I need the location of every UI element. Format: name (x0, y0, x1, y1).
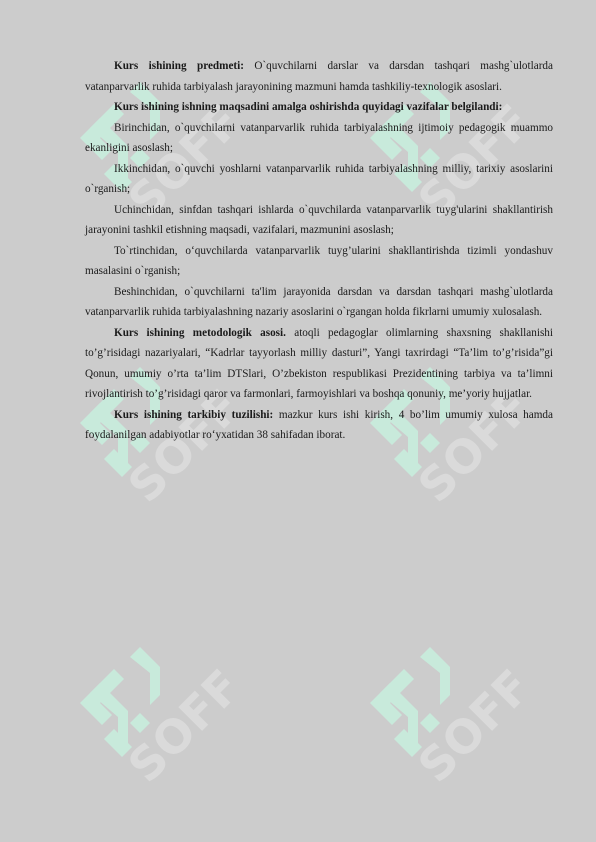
paragraph-heading: Kurs ishining tarkibiy tuzilishi: (114, 409, 273, 421)
document-body: Kurs ishining predmeti: O`quvchilarni da… (85, 56, 553, 446)
paragraph-structure: Kurs ishining tarkibiy tuzilishi: mazkur… (85, 405, 553, 446)
paragraph-task-2: Ikkinchidan, o`quvchi yoshlarni vatanpar… (85, 159, 553, 200)
watermark-logo-icon: SOFF (368, 635, 558, 805)
paragraph-task-3: Uchinchidan, sinfdan tashqari ishlarda o… (85, 200, 553, 241)
paragraph-task-1: Birinchidan, o`quvchilarni vatanparvarli… (85, 118, 553, 159)
soff-logo-icon: SOFF (78, 635, 268, 805)
watermark-logo-icon: SOFF (78, 635, 268, 805)
paragraph-text: Ikkinchidan, o`quvchi yoshlarni vatanpar… (85, 163, 553, 196)
paragraph-task-4: To`rtinchidan, o‘quvchilarda vatanparvar… (85, 241, 553, 282)
paragraph-heading: Kurs ishining metodologik asosi. (114, 327, 286, 339)
paragraph-text: Birinchidan, o`quvchilarni vatanparvarli… (85, 122, 553, 155)
document-page: SOFF SOFF SO (0, 0, 596, 842)
paragraph-text: To`rtinchidan, o‘quvchilarda vatanparvar… (85, 245, 553, 278)
paragraph-methodology: Kurs ishining metodologik asosi. atoqli … (85, 323, 553, 405)
paragraph-task-5: Beshinchidan, o`quvchilarni ta'lim jaray… (85, 282, 553, 323)
paragraph-heading: Kurs ishining ishning maqsadini amalga o… (114, 101, 502, 113)
paragraph-text: Beshinchidan, o`quvchilarni ta'lim jaray… (85, 286, 553, 319)
paragraph-tasks-heading: Kurs ishining ishning maqsadini amalga o… (85, 97, 553, 118)
svg-text:SOFF: SOFF (118, 659, 252, 793)
paragraph-text: Uchinchidan, sinfdan tashqari ishlarda o… (85, 204, 553, 237)
paragraph-subject: Kurs ishining predmeti: O`quvchilarni da… (85, 56, 553, 97)
svg-text:SOFF: SOFF (408, 659, 542, 793)
soff-logo-icon: SOFF (368, 635, 558, 805)
paragraph-heading: Kurs ishining predmeti: (114, 60, 244, 72)
